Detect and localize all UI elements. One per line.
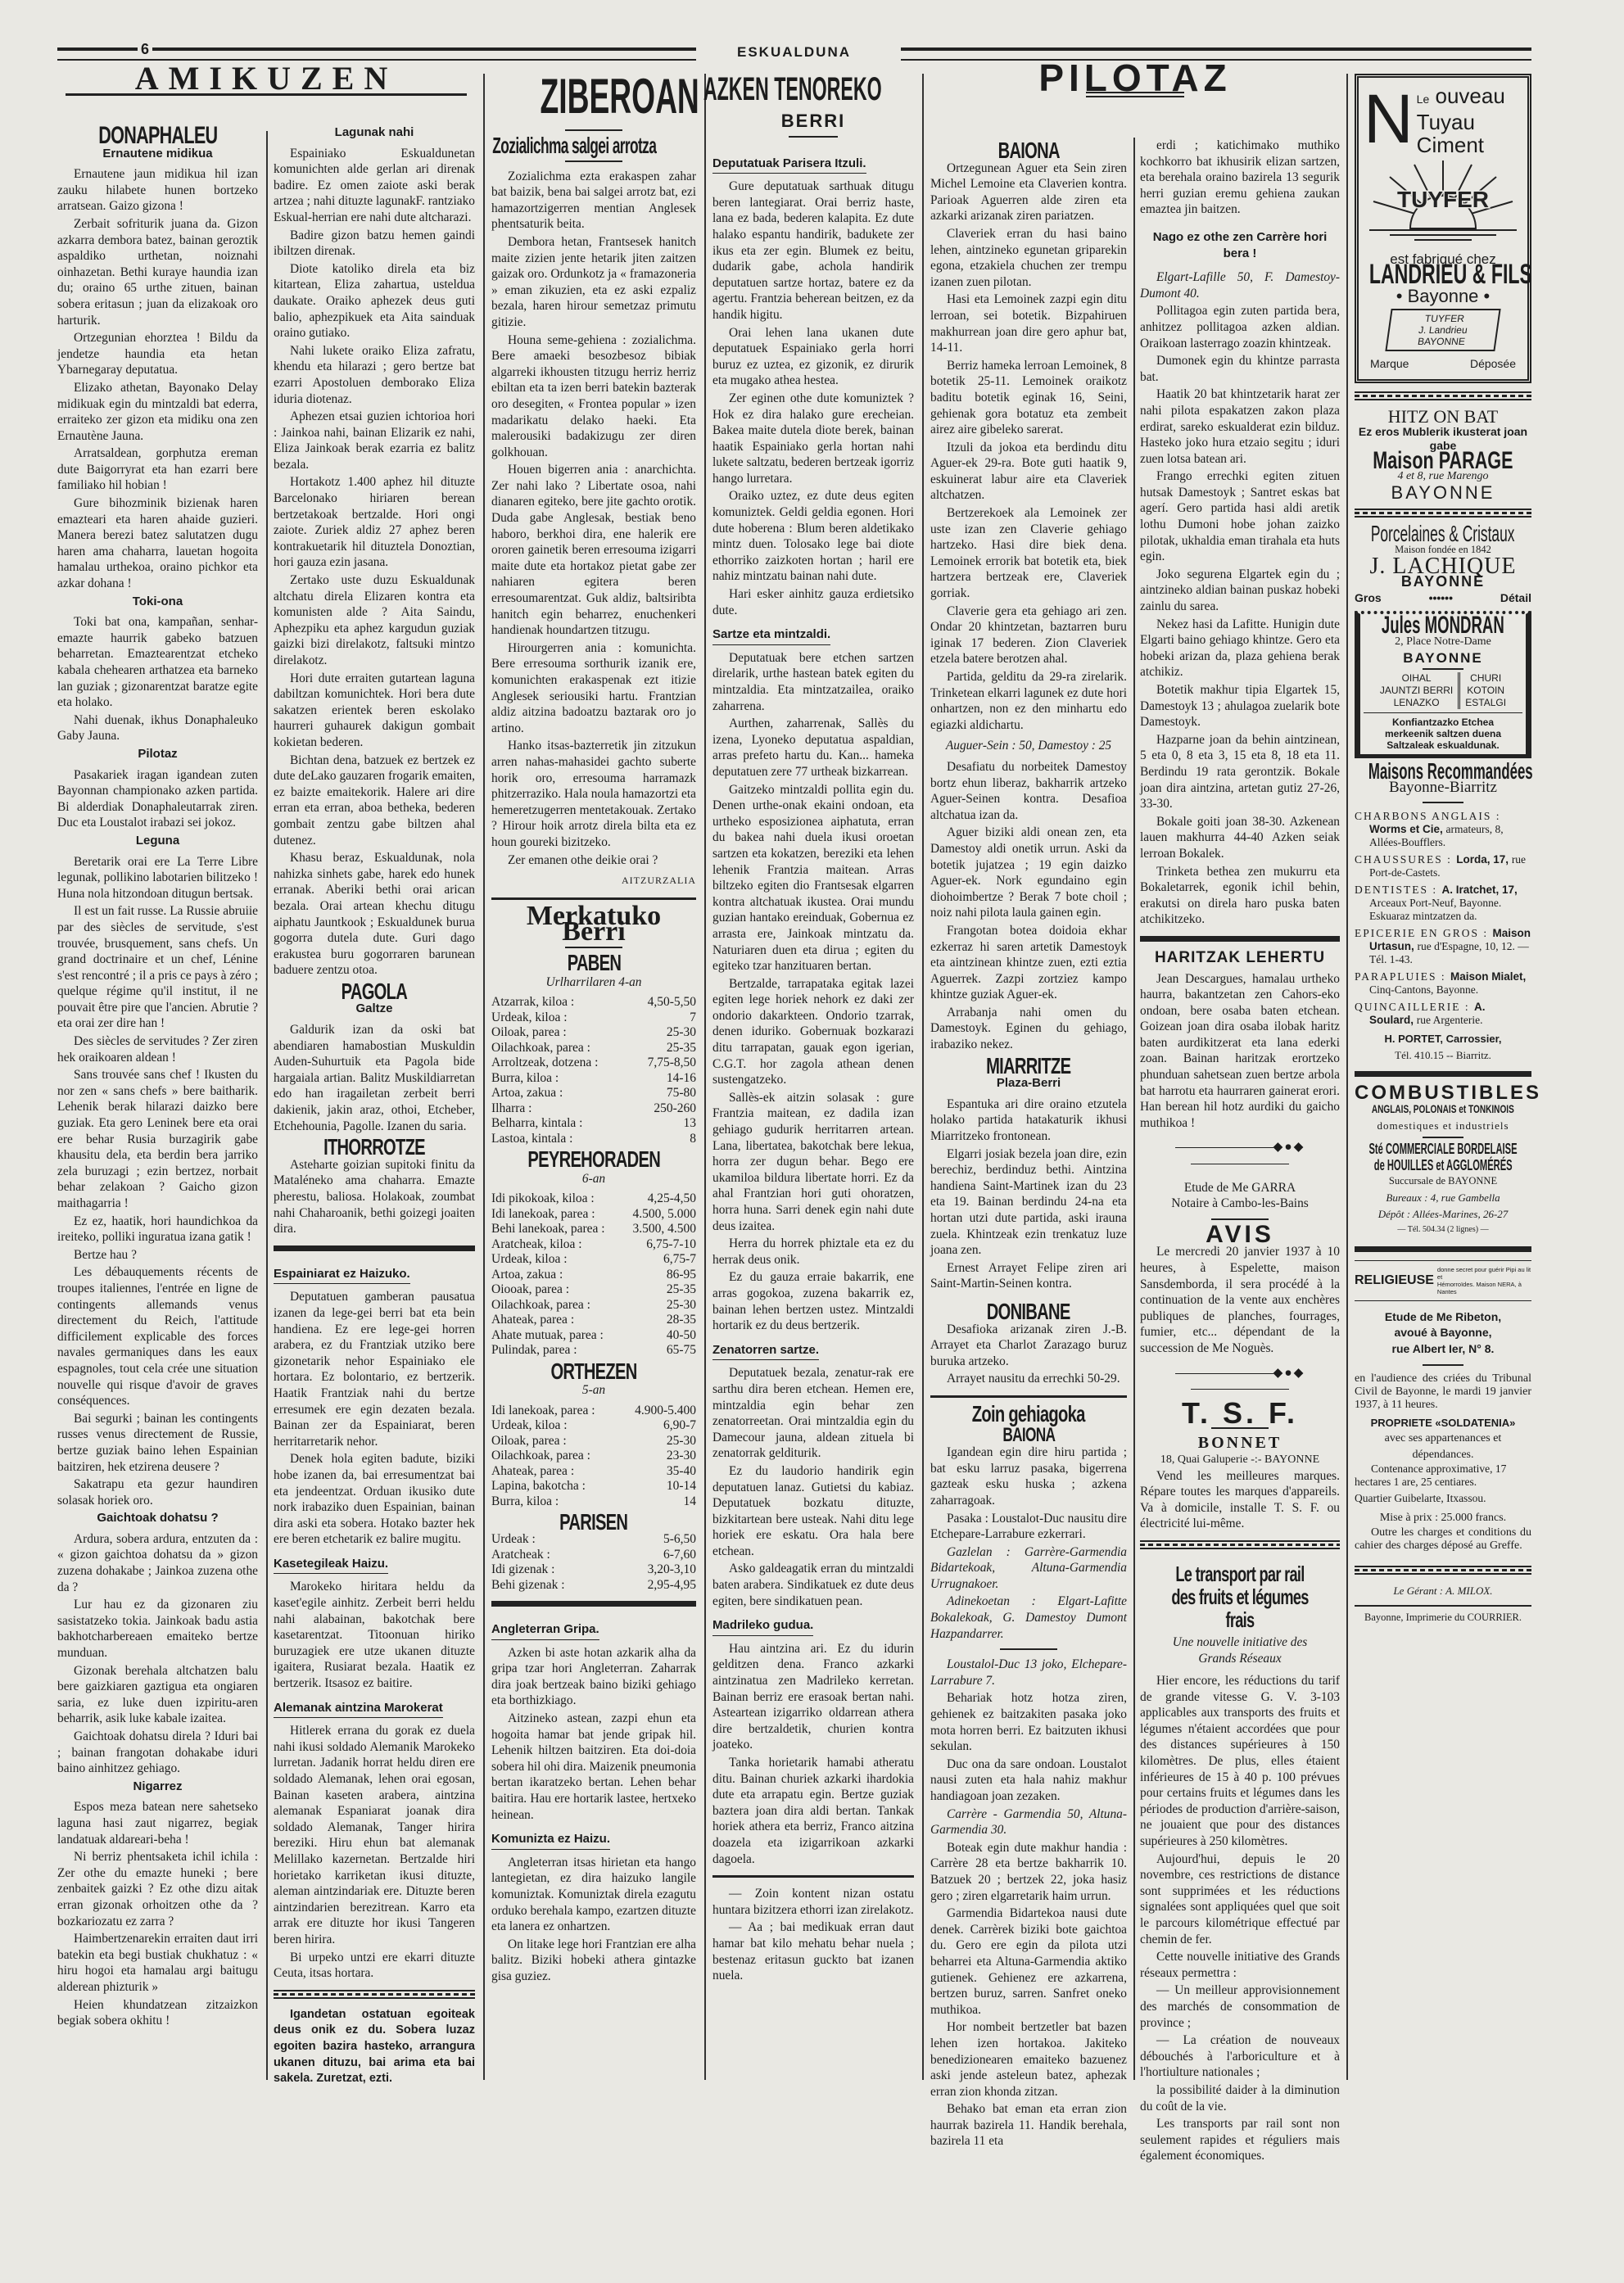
market-town-heading: PABEN [567, 955, 620, 971]
market-row: Urdeak, kiloa :6,90-7 [491, 1418, 696, 1434]
ribeton-property: PROPRIETE «SOLDATENIA» [1355, 1415, 1531, 1431]
market-title: Merkatuko Berri [491, 908, 696, 940]
heading-komunizta: Komunizta ez Haizu. [491, 1831, 610, 1850]
heading-donibane: DONIBANE [987, 1304, 1070, 1320]
igandetan-notice: Igandetan ostatuan egoiteak deus onik ez… [274, 2007, 475, 2087]
heading-zoin-gehiagoka: Zoin gehiagoka [972, 1406, 1085, 1422]
divider [274, 1245, 475, 1251]
market-item: Oilachkoak, parea : [491, 1298, 590, 1313]
market-section: Merkatuko Berri PABENUrlharrilaren 4-anA… [491, 908, 696, 1593]
market-price: 25-35 [667, 1041, 696, 1056]
market-row: Aratcheak :6-7,60 [491, 1548, 696, 1563]
directory-entry: CHAUSSURES : Lorda, 17, rue Port-de-Cast… [1355, 853, 1531, 879]
market-price: 5-6,50 [663, 1532, 696, 1548]
market-item: Oiloak, parea : [491, 1434, 567, 1449]
market-price: 14 [684, 1494, 697, 1510]
column-5: BAIONA Ortzegunean Aguer eta Sein ziren … [930, 138, 1127, 2151]
market-price: 6,75-7 [663, 1252, 696, 1268]
market-price: 3,20-3,10 [648, 1562, 696, 1578]
heading-nago: Nago ez othe zen Carrère hori bera ! [1140, 229, 1340, 261]
heading-gaichtoak: Gaichtoak dohatsu ? [57, 1510, 258, 1526]
heading-zenatorren: Zenatorren sartze. [712, 1342, 819, 1361]
column-divider [704, 74, 706, 2080]
market-item: Artoa, zakua : [491, 1086, 563, 1101]
tuyfer-stamp: TUYFER J. Landrieu BAYONNE [1385, 309, 1500, 351]
market-row: Ahate mutuak, parea :40-50 [491, 1328, 696, 1344]
heading-pilotaz-small: Pilotaz [57, 746, 258, 762]
market-item: Pulindak, parea : [491, 1343, 577, 1358]
market-price: 65-75 [667, 1343, 696, 1358]
section-title-ziberoan: ZIBEROAN [541, 70, 699, 123]
market-item: Burra, kiloa : [491, 1071, 559, 1087]
market-item: Ahate mutuak, parea : [491, 1328, 604, 1344]
market-row: Oilachkoak, parea :25-35 [491, 1041, 696, 1056]
ad-combustibles: COMBUSTIBLES ANGLAIS, POLONAIS et TONKIN… [1355, 1085, 1531, 1237]
market-item: Behi lanekoak, parea : [491, 1222, 605, 1237]
svg-text:TUYFER: TUYFER [1397, 187, 1489, 212]
market-item: Idi pikokoak, kiloa : [491, 1191, 595, 1207]
market-row: Ahateak, parea :35-40 [491, 1464, 696, 1480]
tsf-name: BONNET [1140, 1435, 1340, 1452]
heading-miarritze: MIARRITZE [986, 1058, 1070, 1074]
market-row: Oiloak, parea :25-30 [491, 1434, 696, 1449]
section-title-amikuzen: AMIKUZEN [57, 70, 475, 87]
section-title-pilotaz: PILOTAZ [930, 70, 1340, 87]
subheading-baiona: BAIONA [1002, 1427, 1055, 1444]
market-date: 5-an [491, 1382, 696, 1399]
market-row: Urdeak, kiloa :7 [491, 1010, 696, 1026]
column-divider [1133, 138, 1135, 2080]
directory-entry: DENTISTES : A. Iratchet, 17, Arceaux Por… [1355, 884, 1531, 923]
column-6: erdi ; katichimako muthiko kochkorro bat… [1140, 138, 1340, 2166]
heading-kasetegileak: Kasetegileak Haizu. [274, 1556, 388, 1575]
ad-parage: HITZ ON BAT Ez eros Mublerik ikusterat j… [1355, 409, 1531, 500]
market-row: Belharra, kintala :13 [491, 1116, 696, 1132]
pilotaz-header: PILOTAZ [930, 70, 1340, 102]
market-item: Oilachkoak, parea : [491, 1449, 590, 1464]
market-row: Arroltzeak, dotzena :7,75-8,50 [491, 1056, 696, 1071]
market-price: 25-35 [667, 1282, 696, 1298]
market-price: 40-50 [667, 1328, 696, 1344]
section-title-azken-tenoreko: AZKEN TENOREKO [703, 70, 882, 108]
heading-ithorrotze: ITHORROTZE [323, 1139, 425, 1155]
market-price: 4.500, 5.000 [633, 1207, 697, 1223]
printer-line: Bayonne, Imprimerie du COURRIER. [1355, 1610, 1531, 1626]
market-item: Urdeak, kiloa : [491, 1418, 568, 1434]
section-subtitle-berri: BERRI [712, 113, 914, 129]
tsf-heading: T. S. F. [1140, 1405, 1340, 1422]
market-price: 25-30 [667, 1025, 696, 1041]
amikuzen-header: AMIKUZEN [57, 70, 475, 96]
market-price: 6,90-7 [663, 1418, 696, 1434]
market-town-heading: PEYREHORADEN [527, 1151, 660, 1168]
market-item: Ahateak, parea : [491, 1313, 574, 1328]
market-row: Behi gizenak :2,95-4,95 [491, 1578, 696, 1594]
ad-lachique: Porcelaines & Cristaux Maison fondée en … [1355, 526, 1531, 606]
garra-line2: Notaire à Cambo-les-Bains [1140, 1196, 1340, 1212]
heading-transport: Le transport par rail des fruits et légu… [1170, 1562, 1310, 1631]
column-3: ZIBEROAN Zozialichma salgei arrotza Zozi… [491, 70, 696, 1987]
market-date: 6-an [491, 1171, 696, 1187]
market-row: Idi lanekoak, parea :4.500, 5.000 [491, 1207, 696, 1223]
heading-madrileko: Madrileko gudua. [712, 1617, 813, 1636]
market-price: 8 [690, 1132, 696, 1147]
market-town-heading: PARISEN [559, 1514, 627, 1530]
sunrise-logo-icon: TUYFER [1365, 156, 1521, 246]
directory-entry: EPICERIE EN GROS : Maison Urtasun, rue d… [1355, 927, 1531, 966]
ad-ribeton: Etude de Me Ribeton, avoué à Bayonne, ru… [1355, 1309, 1531, 1553]
market-price: 13 [684, 1116, 697, 1132]
page-number: 6 [138, 41, 152, 58]
column-2: Lagunak nahi Espainiako Eskualdunetan ko… [274, 123, 475, 2089]
market-price: 4,50-5,50 [648, 995, 696, 1010]
market-price: 7 [690, 1010, 696, 1026]
market-price: 250-260 [654, 1101, 696, 1117]
paper-name: ESKUALDUNA [737, 44, 851, 61]
market-item: Aratcheak, kiloa : [491, 1237, 582, 1253]
market-row: Idi pikokoak, kiloa :4,25-4,50 [491, 1191, 696, 1207]
market-price: 6-7,60 [663, 1548, 696, 1563]
market-town-heading: ORTHEZEN [550, 1363, 636, 1380]
market-item: Artoa, zakua : [491, 1268, 563, 1283]
market-item: Oilachkoak, parea : [491, 1041, 590, 1056]
directory-entry: QUINCAILLERIE : A. Soulard, rue Argenter… [1355, 1001, 1531, 1027]
tuyfer-line1: ouveau [1435, 84, 1504, 108]
subheading-transport: Une nouvelle initiative des Grands Résea… [1156, 1634, 1323, 1666]
market-price: 4.900-5.400 [635, 1404, 696, 1419]
heading-espainiarat: Espainiarat ez Haizuko. [274, 1266, 410, 1285]
ad-mondran: Jules MONDRAN 2, Place Notre-Dame BAYONN… [1355, 611, 1531, 758]
heading-baiona: BAIONA [997, 142, 1059, 159]
market-item: Arroltzeak, dotzena : [491, 1056, 598, 1071]
market-price: 3.500, 4.500 [633, 1222, 697, 1237]
market-row: Atzarrak, kiloa :4,50-5,50 [491, 995, 696, 1010]
column-divider [483, 74, 485, 2080]
heading-nigarrez: Nigarrez [57, 1779, 258, 1795]
market-price: 4,25-4,50 [648, 1191, 696, 1207]
market-row: Lastoa, kintala :8 [491, 1132, 696, 1147]
heading-pagola: PAGOLA [342, 983, 407, 1000]
market-towns: PABENUrlharrilaren 4-anAtzarrak, kiloa :… [491, 955, 696, 1593]
market-item: Lapina, bakotcha : [491, 1479, 586, 1494]
tsf-address: 18, Quai Galuperie -:- BAYONNE [1140, 1452, 1340, 1468]
market-row: Ahateak, parea :28-35 [491, 1313, 696, 1328]
market-item: Belharra, kintala : [491, 1116, 582, 1132]
market-row: Oilachkoak, parea :25-30 [491, 1298, 696, 1313]
column-4: AZKEN TENOREKO BERRI Deputatuak Parisera… [712, 70, 914, 1986]
market-row: Artoa, zakua :75-80 [491, 1086, 696, 1101]
heading-sartze: Sartze eta mintzaldi. [712, 626, 830, 645]
directory-entry: CHARBONS ANGLAIS : Worms et Cie, armateu… [1355, 810, 1531, 849]
market-row: Oilachkoak, parea :23-30 [491, 1449, 696, 1464]
garra-line1: Etude de Me GARRA [1140, 1180, 1340, 1196]
market-row: Oiooak, parea :25-35 [491, 1282, 696, 1298]
market-item: Urdeak, kiloa : [491, 1010, 568, 1026]
column-ads: N Le ouveau Tuyau Ciment TUYFER est fabr… [1355, 74, 1531, 1626]
ad-tuyfer: N Le ouveau Tuyau Ciment TUYFER est fabr… [1355, 74, 1531, 383]
market-item: Ahateak, parea : [491, 1464, 574, 1480]
market-price: 7,75-8,50 [648, 1056, 696, 1071]
column-divider [922, 74, 924, 2080]
market-item: Urdeak : [491, 1532, 536, 1548]
market-row: Urdeak, kiloa :6,75-7 [491, 1252, 696, 1268]
market-price: 25-30 [667, 1298, 696, 1313]
market-price: 75-80 [667, 1086, 696, 1101]
market-price: 6,75-7-10 [646, 1237, 696, 1253]
column-1: DONAPHALEU Ernautene midikua Ernautene j… [57, 123, 258, 2031]
market-price: 35-40 [667, 1464, 696, 1480]
market-row: Idi gizenak :3,20-3,10 [491, 1562, 696, 1578]
directory-entry: PARAPLUIES : Maison Mialet, Cinq-Cantons… [1355, 970, 1531, 997]
market-item: Lastoa, kintala : [491, 1132, 572, 1147]
market-row: Idi lanekoak, parea :4.900-5.400 [491, 1404, 696, 1419]
market-row: Burra, kiloa :14 [491, 1494, 696, 1510]
market-price: 86-95 [667, 1268, 696, 1283]
heading-leguna: Leguna [57, 833, 258, 849]
score-line: Auguer-Sein : 50, Damestoy : 25 [930, 738, 1127, 754]
heading-haritzak: HARITZAK LEHERTU [1140, 950, 1340, 966]
heading-zozialichma: Zozialichma salgei arrotza [492, 138, 656, 154]
ad-maisons-recommandees: Maisons Recommandées Bayonne-Biarritz CH… [1355, 763, 1531, 1063]
column-divider [1346, 74, 1348, 2080]
market-price: 23-30 [667, 1449, 696, 1464]
market-item: Idi lanekoak, parea : [491, 1207, 595, 1223]
market-item: Idi lanekoak, parea : [491, 1404, 595, 1419]
heading-angleterran: Angleterran Gripa. [491, 1621, 599, 1640]
masthead-rule-left [57, 47, 696, 61]
market-date: Urlharrilaren 4-an [491, 974, 696, 991]
ad-religieuse: RELIGIEUSE donne secret pour guérir Pipi… [1355, 1260, 1531, 1301]
market-item: Urdeak, kiloa : [491, 1252, 568, 1268]
heading-alemanak: Alemanak aintzina Marokerat [274, 1700, 443, 1719]
heading-deputatuak: Deputatuak Parisera Itzuli. [712, 156, 866, 174]
market-item: Behi gizenak : [491, 1578, 565, 1594]
ribeton-price: Mise à prix : 25.000 francs. [1355, 1510, 1531, 1526]
parage-name: Maison PARAGE [1373, 453, 1513, 469]
market-price: 28-35 [667, 1313, 696, 1328]
market-item: Oiooak, parea : [491, 1282, 569, 1298]
market-row: Artoa, zakua :86-95 [491, 1268, 696, 1283]
column-divider [266, 131, 268, 2080]
signature: AITZURZALIA [491, 873, 696, 889]
avis-heading: AVIS [1140, 1227, 1340, 1243]
heading-lagunak: Lagunak nahi [274, 124, 475, 141]
market-row: Ilharra :250-260 [491, 1101, 696, 1117]
market-item: Ilharra : [491, 1101, 532, 1117]
market-row: Aratcheak, kiloa :6,75-7-10 [491, 1237, 696, 1253]
market-item: Atzarrak, kiloa : [491, 995, 574, 1010]
market-row: Lapina, bakotcha :10-14 [491, 1479, 696, 1494]
heading-donaphaleu: DONAPHALEU [98, 128, 217, 144]
divider [274, 1990, 475, 1999]
market-item: Burra, kiloa : [491, 1494, 559, 1510]
heading-toki-ona: Toki-ona [57, 594, 258, 610]
market-row: Burra, kiloa :14-16 [491, 1071, 696, 1087]
market-row: Oiloak, parea :25-30 [491, 1025, 696, 1041]
lachique-name: J. LACHIQUE [1355, 558, 1531, 575]
market-price: 25-30 [667, 1434, 696, 1449]
market-price: 14-16 [667, 1071, 696, 1087]
tuyfer-city: • Bayonne • [1364, 288, 1522, 305]
market-item: Oiloak, parea : [491, 1025, 567, 1041]
market-price: 10-14 [667, 1479, 696, 1494]
market-row: Pulindak, parea :65-75 [491, 1343, 696, 1358]
market-price: 2,95-4,95 [648, 1578, 696, 1594]
market-item: Aratcheak : [491, 1548, 550, 1563]
gerant: Le Gérant : A. MILOX. [1355, 1583, 1531, 1599]
article-body: Ernautene jaun midikua hil izan zauku hi… [57, 166, 258, 591]
market-item: Idi gizenak : [491, 1562, 554, 1578]
market-row: Behi lanekoak, parea :3.500, 4.500 [491, 1222, 696, 1237]
tuyfer-maker: LANDRIEU & FILS [1369, 267, 1532, 283]
